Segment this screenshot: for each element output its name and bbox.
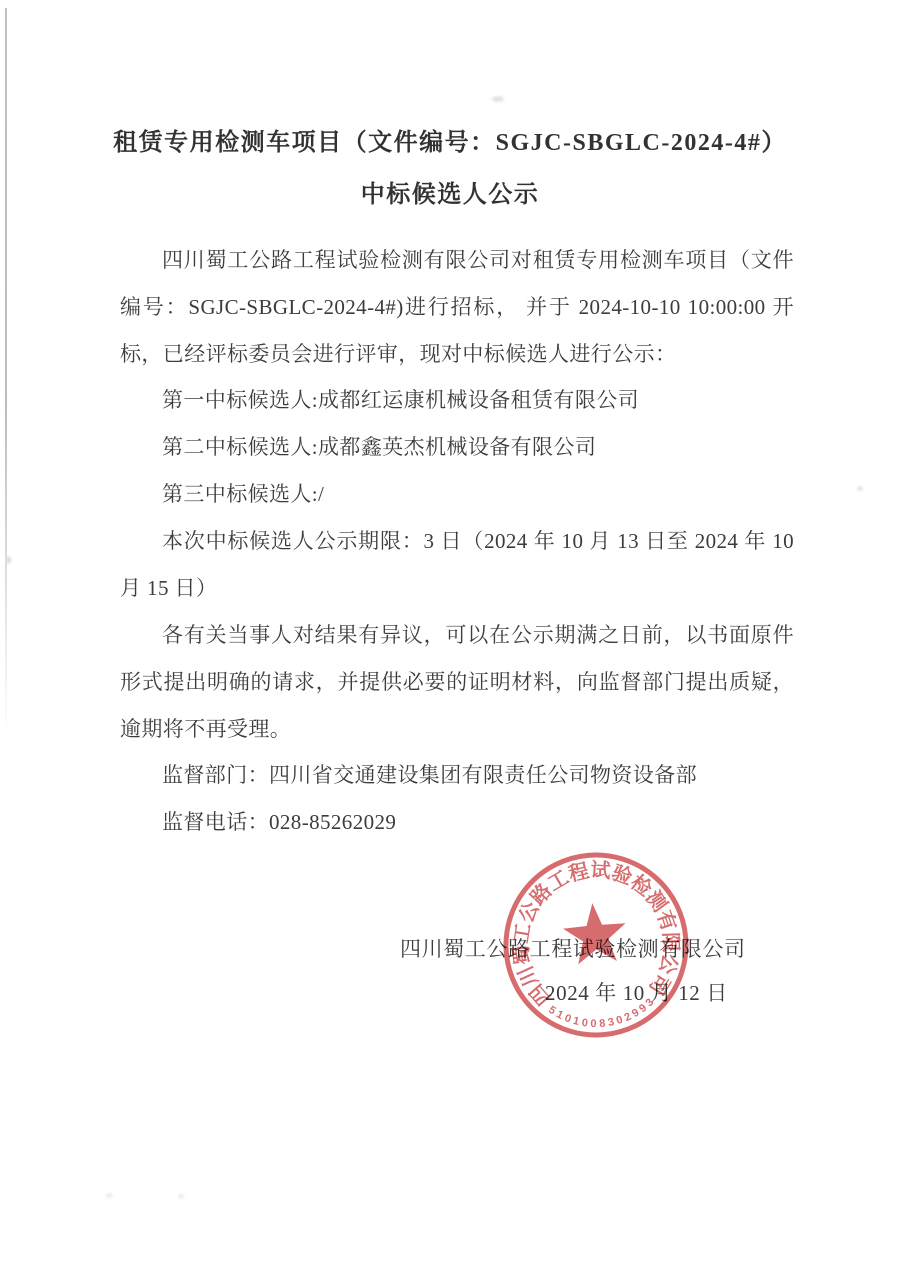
document-page: 租赁专用检测车项目（文件编号：SGJC-SBGLC-2024-4#） 中标候选人…	[0, 0, 900, 1272]
scan-artifact-line	[5, 8, 7, 740]
scan-smudge	[6, 556, 11, 564]
signature-company: 四川蜀工公路工程试验检测有限公司	[400, 933, 746, 963]
candidate-list: 第一中标候选人:成都红运康机械设备租赁有限公司 第二中标候选人:成都鑫英杰机械设…	[120, 377, 794, 518]
publicity-period-paragraph: 本次中标候选人公示期限：3 日（2024 年 10 月 13 日至 2024 年…	[120, 518, 794, 612]
candidate-line-3: 第三中标候选人:/	[120, 471, 794, 518]
supervisor-department-line: 监督部门：四川省交通建设集团有限责任公司物资设备部	[120, 752, 794, 799]
supervisor-info: 监督部门：四川省交通建设集团有限责任公司物资设备部 监督电话：028-85262…	[120, 752, 794, 846]
candidate-line-2: 第二中标候选人:成都鑫英杰机械设备有限公司	[120, 424, 794, 471]
supervisor-phone-line: 监督电话：028-85262029	[120, 799, 794, 846]
scan-smudge	[178, 1194, 184, 1199]
scan-smudge	[106, 1193, 113, 1198]
candidate-line-1: 第一中标候选人:成都红运康机械设备租赁有限公司	[120, 377, 794, 424]
intro-paragraph: 四川蜀工公路工程试验检测有限公司对租赁专用检测车项目（文件编号：SGJC-SBG…	[120, 237, 794, 378]
page-title-line2: 中标候选人公示	[0, 174, 900, 209]
scan-smudge	[492, 96, 504, 102]
page-title-line1: 租赁专用检测车项目（文件编号：SGJC-SBGLC-2024-4#）	[0, 122, 900, 157]
signature-date: 2024 年 10 月 12 日	[545, 977, 728, 1007]
objection-paragraph: 各有关当事人对结果有异议，可以在公示期满之日前，以书面原件形式提出明确的请求，并…	[120, 612, 794, 753]
scan-smudge	[857, 486, 863, 491]
